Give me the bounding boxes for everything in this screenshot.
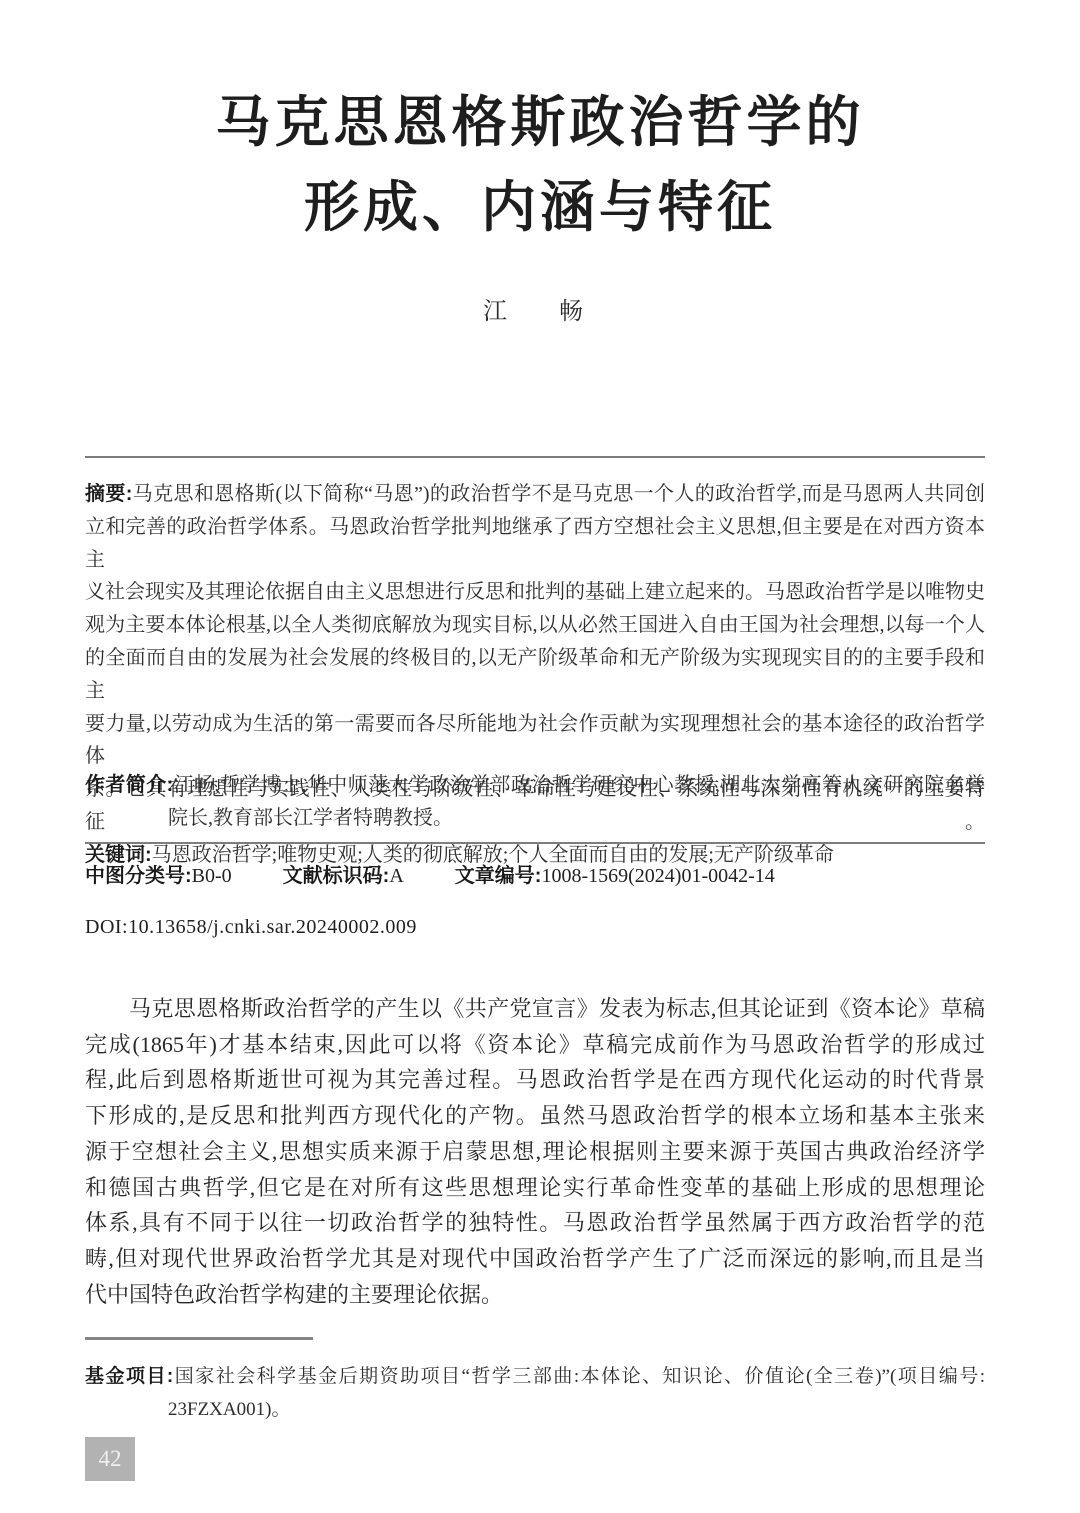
body-line: 程,此后到恩格斯逝世可视为其完善过程。马恩政治哲学是在西方现代化运动的时代背景 xyxy=(85,1062,985,1098)
author-name: 江 畅 xyxy=(0,296,1080,328)
document-code-value: A xyxy=(389,865,403,887)
body-line: 完成(1865年)才基本结束,因此可以将《资本论》草稿完成前作为马恩政治哲学的形… xyxy=(85,1027,985,1063)
abstract-line: 观为主要本体论根基,以全人类彻底解放为现实目标,以从必然王国进入自由王国为社会理… xyxy=(85,609,985,642)
author-bio-line: 院长,教育部长江学者特聘教授。 xyxy=(85,802,985,835)
divider-mid xyxy=(85,842,985,844)
article-title: 马克思恩格斯政治哲学的 形成、内涵与特征 xyxy=(0,80,1080,250)
doi-line: DOI:10.13658/j.cnki.sar.20240002.009 xyxy=(85,911,985,944)
body-line: 下形成的,是反思和批判西方现代化的产物。虽然马恩政治哲学的根本立场和基本主张来 xyxy=(85,1098,985,1134)
abstract-line: 要力量,以劳动成为生活的第一需要而各尽所能地为社会作贡献为实现理想社会的基本途径… xyxy=(85,708,985,774)
classification-row: 中图分类号:B0-0 文献标识码:A 文章编号:1008-1569(2024)0… xyxy=(85,860,985,893)
article-id-label: 文章编号: xyxy=(455,865,542,887)
body-line: 和德国古典哲学,但它是在对所有这些思想理论实行革命性变革的基础上形成的思想理论 xyxy=(85,1170,985,1206)
abstract-line: 摘要:马克思和恩格斯(以下简称“马恩”)的政治哲学不是马克思一个人的政治哲学,而… xyxy=(85,478,985,511)
article-id: 文章编号:1008-1569(2024)01-0042-14 xyxy=(455,865,775,887)
abstract-line: 义社会现实及其理论依据自由主义思想进行反思和批判的基础上建立起来的。马恩政治哲学… xyxy=(85,576,985,609)
article-title-line2: 形成、内涵与特征 xyxy=(0,165,1080,250)
clc-number: 中图分类号:B0-0 xyxy=(85,865,232,887)
author-bio-label: 作者简介: xyxy=(85,774,173,796)
body-paragraph: 马克思恩格斯政治哲学的产生以《共产党宣言》发表为标志,但其论证到《资本论》草稿 … xyxy=(85,991,985,1312)
author-bio-text: 江畅,哲学博士,华中师范大学政治学部政治哲学研究中心教授,湖北大学高等人文研究院… xyxy=(173,774,985,796)
abstract-line: 立和完善的政治哲学体系。马恩政治哲学批判地继承了西方空想社会主义思想,但主要是在… xyxy=(85,511,985,577)
divider-top xyxy=(85,456,985,458)
author-bio-section: 作者简介:江畅,哲学博士,华中师范大学政治学部政治哲学研究中心教授,湖北大学高等… xyxy=(85,769,985,835)
clc-label: 中图分类号: xyxy=(85,865,192,887)
funding-text: 国家社会科学基金后期资助项目“哲学三部曲:本体论、知识论、价值论(全三卷)”(项… xyxy=(173,1366,985,1387)
document-code-label: 文献标识码: xyxy=(283,865,390,887)
funding-section: 基金项目:国家社会科学基金后期资助项目“哲学三部曲:本体论、知识论、价值论(全三… xyxy=(85,1360,985,1426)
funding-label: 基金项目: xyxy=(85,1366,173,1387)
abstract-label: 摘要: xyxy=(85,483,132,505)
abstract-text: 马克思和恩格斯(以下简称“马恩”)的政治哲学不是马克思一个人的政治哲学,而是马恩… xyxy=(132,483,985,505)
article-title-line1: 马克思恩格斯政治哲学的 xyxy=(0,80,1080,165)
body-line: 马克思恩格斯政治哲学的产生以《共产党宣言》发表为标志,但其论证到《资本论》草稿 xyxy=(85,991,985,1027)
author-bio-line: 作者简介:江畅,哲学博士,华中师范大学政治学部政治哲学研究中心教授,湖北大学高等… xyxy=(85,769,985,802)
body-line: 畴,但对现代世界政治哲学尤其是对现代中国政治哲学产生了广泛而深远的影响,而且是当 xyxy=(85,1241,985,1277)
body-line: 源于空想社会主义,思想实质来源于启蒙思想,理论根据则主要来源于英国古典政治经济学 xyxy=(85,1134,985,1170)
page-number-box: 42 xyxy=(85,1437,135,1481)
footnote-divider xyxy=(85,1337,313,1340)
body-line: 代中国特色政治哲学构建的主要理论依据。 xyxy=(85,1277,985,1313)
clc-value: B0-0 xyxy=(192,865,232,887)
document-code: 文献标识码:A xyxy=(283,865,404,887)
abstract-line: 的全面而自由的发展为社会发展的终极目的,以无产阶级革命和无产阶级为实现现实目的的… xyxy=(85,642,985,708)
funding-line: 基金项目:国家社会科学基金后期资助项目“哲学三部曲:本体论、知识论、价值论(全三… xyxy=(85,1360,985,1393)
article-page: 马克思恩格斯政治哲学的 形成、内涵与特征 江 畅 摘要:马克思和恩格斯(以下简称… xyxy=(0,0,1080,1513)
funding-line: 23FZXA001)。 xyxy=(85,1393,985,1426)
body-line: 体系,具有不同于以往一切政治哲学的独特性。马恩政治哲学虽然属于西方政治哲学的范 xyxy=(85,1205,985,1241)
article-id-value: 1008-1569(2024)01-0042-14 xyxy=(541,865,774,887)
page-number: 42 xyxy=(99,1446,122,1472)
